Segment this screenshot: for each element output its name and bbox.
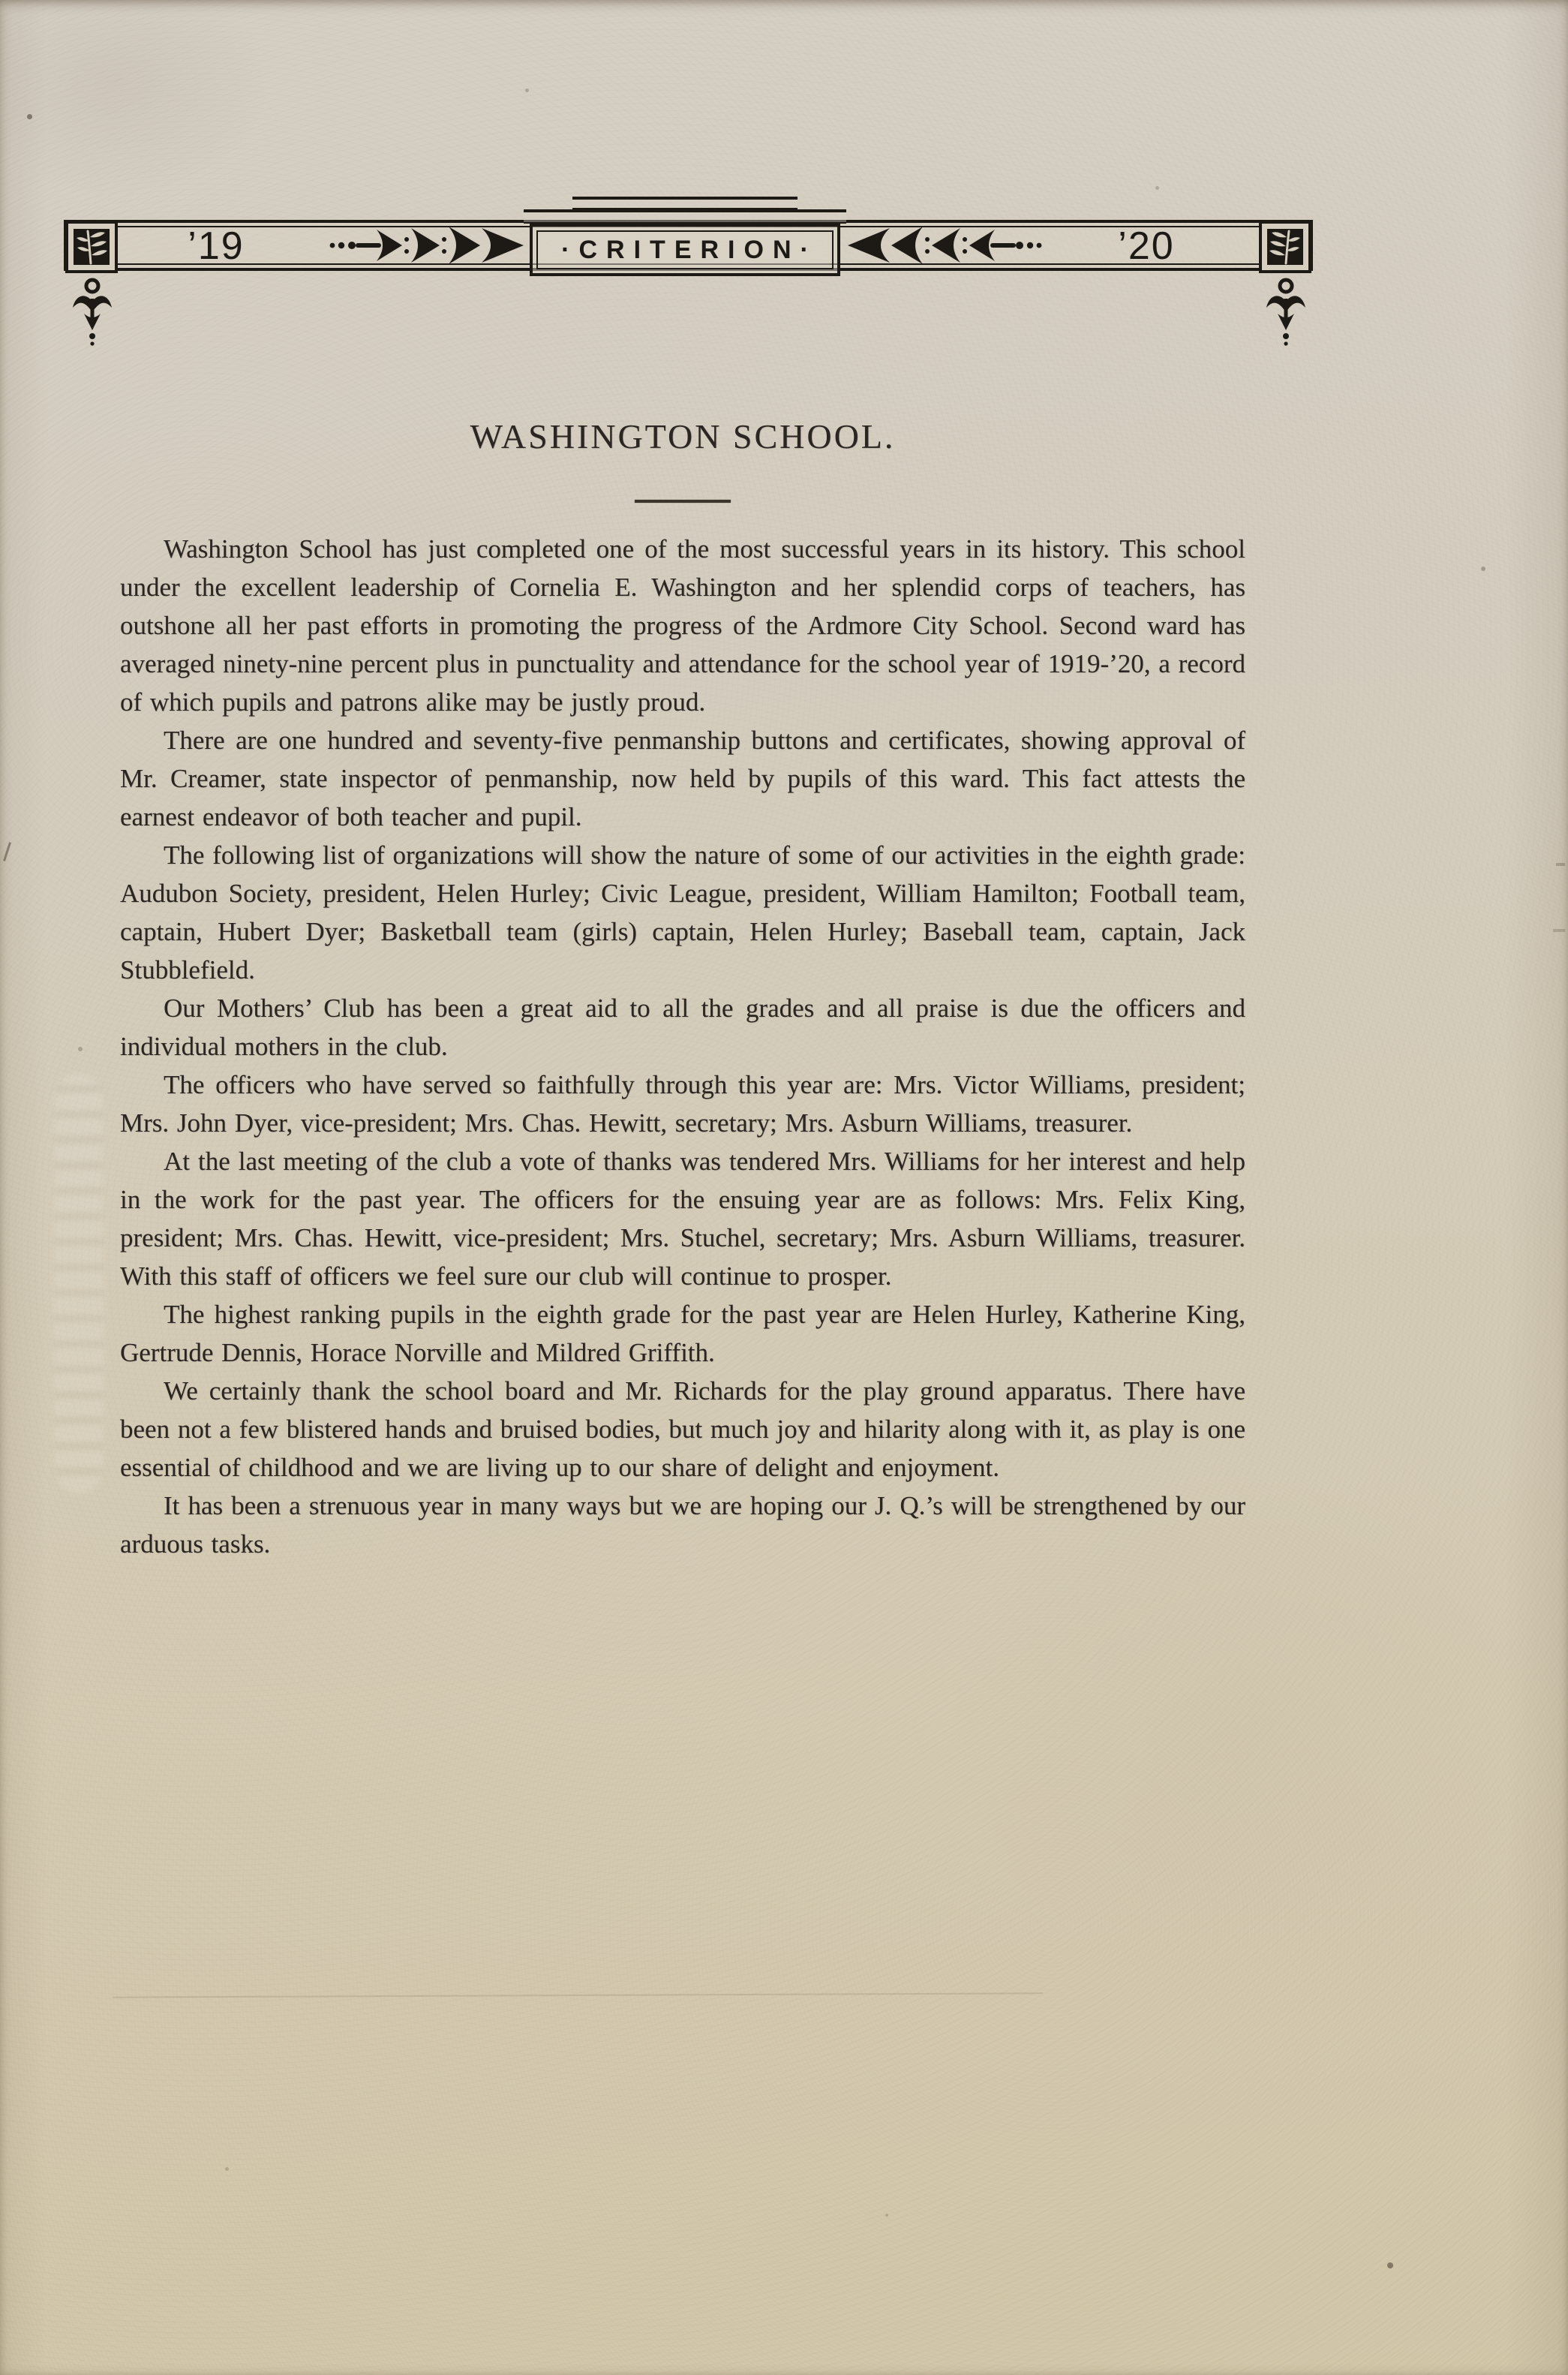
- masthead-plaque: ·CRITERION·: [530, 224, 840, 276]
- paragraph: We certainly thank the school board and …: [120, 1372, 1245, 1487]
- arrows-right-icon: [327, 227, 527, 264]
- year-left-label: ’19: [171, 225, 261, 267]
- plaque-top-slab: [572, 197, 798, 209]
- edge-mark: [1553, 929, 1565, 932]
- paper-speck: [885, 2214, 888, 2217]
- article: WASHINGTON SCHOOL. Washington School has…: [120, 416, 1245, 1563]
- paper-speck: [78, 1047, 83, 1051]
- edge-mark: [3, 842, 11, 861]
- paragraph: Our Mothers’ Club has been a great aid t…: [120, 989, 1245, 1066]
- embossed-watermark: [54, 1073, 104, 1493]
- paragraph: There are one hundred and seventy-five p…: [120, 721, 1245, 836]
- pendant-ornament-icon: [71, 275, 113, 347]
- masthead-title: ·CRITERION·: [533, 227, 837, 273]
- leaf-block-icon: [65, 221, 118, 273]
- paper-speck: [1481, 567, 1485, 571]
- year-right-label: ’20: [1101, 225, 1191, 267]
- masthead-banner: ’19 ’20: [0, 0, 1568, 390]
- pendant-ornament-icon: [1265, 275, 1307, 347]
- paragraph: It has been a strenuous year in many way…: [120, 1487, 1245, 1563]
- plaque-cornice: [524, 209, 846, 224]
- edge-mark: [1556, 863, 1565, 866]
- paragraph: Washington School has just completed one…: [120, 530, 1245, 721]
- title-divider: [635, 500, 731, 503]
- paper-speck: [1387, 2262, 1393, 2268]
- paper-speck: [225, 2167, 229, 2171]
- arrows-left-icon: [845, 227, 1044, 264]
- paragraph: The following list of organizations will…: [120, 836, 1245, 989]
- page-title: WASHINGTON SCHOOL.: [120, 416, 1245, 456]
- paragraph: The highest ranking pupils in the eighth…: [120, 1295, 1245, 1372]
- article-body: Washington School has just completed one…: [120, 530, 1245, 1563]
- scan-scratch-line: [113, 1992, 1043, 1998]
- paragraph: The officers who have served so faithful…: [120, 1066, 1245, 1142]
- leaf-block-icon: [1259, 221, 1311, 273]
- scanned-yearbook-page: ’19 ’20: [0, 0, 1568, 2375]
- paragraph: At the last meeting of the club a vote o…: [120, 1142, 1245, 1295]
